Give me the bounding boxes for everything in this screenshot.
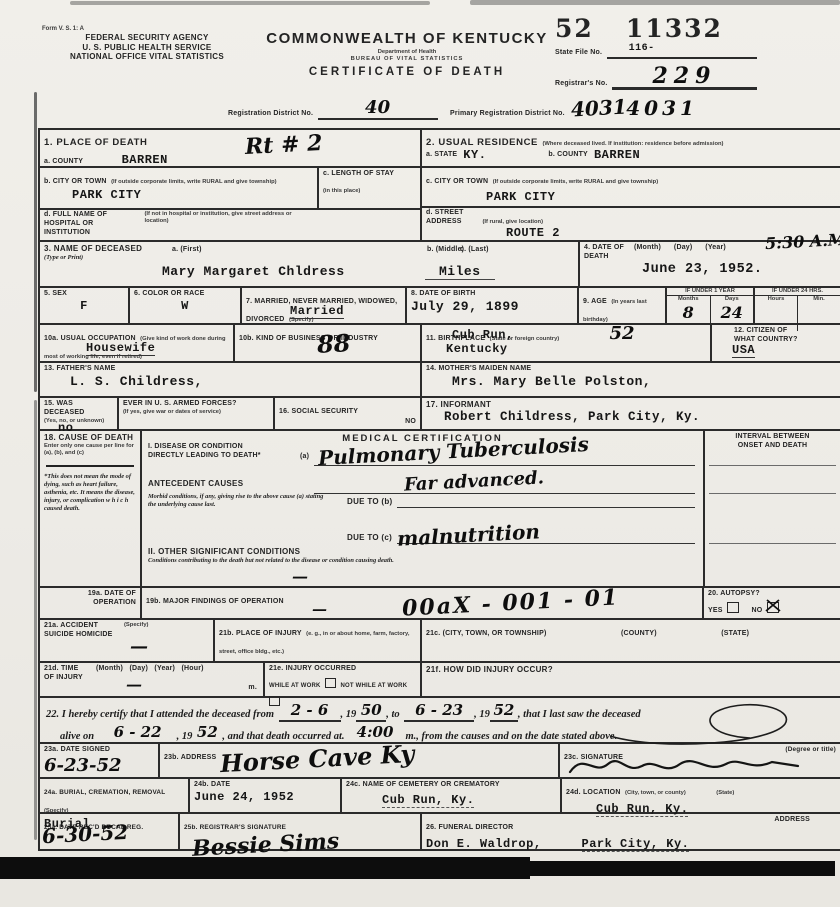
primary-district-label: Primary Registration District No. [450,110,565,117]
field-18-other-dash: — [292,567,308,586]
field-18-antecedent-label: ANTECEDENT CAUSES [148,479,328,489]
issuing-agency-block: Form V. S. 1: A FEDERAL SECURITY AGENCY … [42,26,252,62]
field-23b-label: 23b. ADDRESS [164,754,216,761]
field-8-date-of-birth: 8. DATE OF BIRTH July 29, 1899 [407,288,579,323]
field-9-hours-label: Hours [755,296,797,303]
row-occupation-birthplace: 10a. USUAL OCCUPATION (Give kind of work… [40,325,840,363]
field-18-note1: Enter only one cause per line for (a), (… [44,443,136,457]
field-21f-how-injury: 21f. HOW DID INJURY OCCUR? [422,663,840,696]
file-number-block: 52 11332 State File No. 116- Registrar's… [555,14,835,90]
field-13-value: L. S. Childress, [70,374,416,389]
field-9-under-24-hrs: IF UNDER 24 HRS. Hours Min. [755,288,840,323]
field-23c-signature: 23c. SIGNATURE (Degree or title) [560,744,840,777]
field-14-value: Mrs. Mary Belle Polston, [452,374,836,389]
field-13-father-name: 13. FATHER'S NAME L. S. Childress, [40,363,422,396]
field-18-note2: *This does not mean the mode of dying, s… [44,473,136,513]
department-line: Department of Health [252,49,562,56]
field-20-yes-label: YES [708,607,723,614]
binding-mark [34,92,37,392]
field-16-label2: NO [279,418,416,427]
field-18-c-label: DUE TO (c) [347,533,392,543]
field-24c-label: 24c. NAME OF CEMETERY OR CREMATORY [346,781,556,790]
agency-line-2: U. S. PUBLIC HEALTH SERVICE [42,43,252,53]
field-9-under-1-year: IF UNDER 1 YEAR Months 8 Days 24 [667,288,755,323]
death-certificate-scan: Form V. S. 1: A FEDERAL SECURITY AGENCY … [0,0,840,907]
interval-rule [709,543,836,544]
field-24b-value: June 24, 1952 [194,790,336,804]
field-26-address-label: ADDRESS [774,816,810,825]
field-20-autopsy: 20. AUTOPSY? YES NO [704,588,840,618]
autopsy-no-mark [764,598,782,614]
field-5-sex: 5. SEX F [40,288,130,323]
field-13-label: 13. FATHER'S NAME [44,365,416,374]
field-2ab-row: 2. USUAL RESIDENCE (Where deceased lived… [422,130,840,168]
row-forces-ssn-informant: 15. WAS DECEASED (Yes, no, or unknown) n… [40,398,840,431]
field-18-other-note: Conditions contributing to the death but… [148,557,428,565]
certificate-title: CERTIFICATE OF DEATH [252,66,562,78]
primary-district-value: 4031 [570,95,627,122]
field-18-disease-label2: DIRECTLY LEADING TO DEATH* [148,452,298,461]
field-4-time-value: 5:30 A.M [765,230,840,253]
field-24c-value: Cub Run, Ky. [382,793,474,808]
registration-district-row: Registration District No. 40 Primary Reg… [228,96,828,120]
field-19b-label: 19b. MAJOR FINDINGS OF OPERATION [146,598,284,605]
row-name-dateofdeath: 3. NAME OF DECEASED (Type or Print) a. (… [40,242,840,288]
field-5-label: 5. SEX [44,290,124,299]
agency-line-3: NATIONAL OFFICE VITAL STATISTICS [42,52,252,62]
field-1a-value: BARREN [122,153,168,167]
field-14-mother-name: 14. MOTHER'S MAIDEN NAME Mrs. Mary Belle… [422,363,840,396]
field-2c-note: (If outside corporate limits, write RURA… [493,179,658,185]
field-23a-date-signed: 23a. DATE SIGNED 6-23-52 [40,744,160,777]
row-registrar: 25a. DATE REC'D BY LOCAL REG. 6-30-52 25… [40,814,840,849]
certify-from-year: 50 [361,701,382,719]
field-18-label: 18. CAUSE OF DEATH [44,433,136,443]
field-19a-date-of-operation: 19a. DATE OF OPERATION [40,588,142,618]
field-18-antecedent-note: Morbid conditions, if any, giving rise t… [148,493,328,509]
certify-hour-value: 4:00 [357,723,394,741]
field-21c-county-label: (COUNTY) [621,630,657,637]
scan-artifact [470,0,840,5]
field-12-label: 12. CITIZEN OF WHAT COUNTRY? [734,327,804,345]
scan-artifact [70,1,430,5]
field-9-days-label: Days [711,296,754,303]
form-number: Form V. S. 1: A [42,26,252,33]
field-26-funeral-director: 26. FUNERAL DIRECTOR ADDRESS Don E. Wald… [422,814,840,849]
field-4-label: 4. DATE OF DEATH [584,244,624,262]
field-1b-note: (If outside corporate limits, write RURA… [111,179,276,185]
field-16-ssn: 16. SOCIAL SECURITY NO [275,398,422,429]
field-12-citizen: 12. CITIZEN OF WHAT COUNTRY? USA [712,325,840,361]
field-10b-label: 10b. KIND OF BUSINESS OR INDUSTRY [239,335,378,342]
certify-text-2: , 19 [341,709,357,720]
registrar-no-value: 229 [653,63,717,89]
state-file-row: State File No. 116- [555,39,835,59]
row-injury-place: 21a. ACCIDENT SUICIDE HOMICIDE (Specify)… [40,620,840,663]
field-24d-note: (City, town, or county) [625,790,686,796]
field-9-days-value: 24 [711,303,754,322]
field-2-usual-residence: 2. USUAL RESIDENCE (Where deceased lived… [422,130,840,240]
field-21d-time-of-injury: 21d. TIME OF INJURY (Month) (Day) (Year)… [40,663,265,696]
field-1b-1c-row: b. CITY OR TOWN (If outside corporate li… [40,168,420,210]
field-11-value-line2: Kentucky [446,342,508,356]
row-burial: 24a. BURIAL, CREMATION, REMOVAL (Specify… [40,779,840,814]
field-1b-value: PARK CITY [72,188,313,202]
field-3-first-middle-value: Mary Margaret Chldress [162,264,345,279]
field-9-age: 9. AGE (In years last birthday) 52 [579,288,667,323]
field-21d-label: 21d. TIME OF INJURY [44,665,88,683]
field-21e-notwhile-label: NOT WHILE AT WORK [341,683,408,689]
field-21b-place-of-injury: 21b. PLACE OF INJURY (e. g., in or about… [215,620,422,661]
field-2b-value: BARREN [594,148,640,162]
field-18-other-label: II. OTHER SIGNIFICANT CONDITIONS [148,547,428,557]
field-11-value-line1: Cub Run, [452,328,514,342]
field-19a-label: 19a. DATE OF OPERATION [44,590,136,608]
field-10a-occupation: 10a. USUAL OCCUPATION (Give kind of work… [40,325,235,361]
field-26-value: Don E. Waldrop, [426,837,542,852]
field-15-note2: (If yes, give war or dates of service) [123,409,269,416]
interval-label-line2: ONSET AND DEATH [709,442,836,451]
field-4-value: June 23, 1952. [642,262,836,277]
field-1-title: 1. PLACE OF DEATH [44,137,147,148]
certify-text-7: , 19 [177,731,193,742]
row-parents: 13. FATHER'S NAME L. S. Childress, 14. M… [40,363,840,398]
field-3a-label: a. (First) [172,246,202,255]
field-24a-label: 24a. BURIAL, CREMATION, REMOVAL [44,789,165,796]
field-12-value: USA [732,343,755,358]
field-23b-value: Horse Cave Ky [219,739,415,778]
while-at-work-checkbox [325,678,336,688]
commonwealth-title: COMMONWEALTH OF KENTUCKY [252,30,562,47]
field-18-medical-certification: MEDICAL CERTIFICATION I. DISEASE OR COND… [142,431,705,586]
field-15-label2: EVER IN U. S. ARMED FORCES? [123,400,269,409]
field-21c-state-label: (STATE) [721,630,749,637]
field-9-months-label: Months [667,296,710,303]
field-21e-injury-occurred: 21e. INJURY OCCURRED WHILE AT WORK NOT W… [265,663,422,696]
field-18-a-value: Pulmonary Tuberculosis [318,432,590,470]
field-25a-value: 6-30-52 [41,820,128,848]
field-2a-value: KY. [463,148,486,162]
field-9-months-value: 8 [667,303,710,322]
field-19b-value: 00aX - 001 - 01 [401,584,619,621]
state-file-label: State File No. [555,49,602,56]
interval-rule [709,493,836,494]
field-4-columns: (Month) (Day) (Year) [634,244,726,262]
field-24d-location: 24d. LOCATION (City, town, or county) (S… [562,779,840,812]
field-2c-value: PARK CITY [486,190,836,204]
primary-district-value: 4031 [626,96,698,120]
field-1d-label: d. FULL NAME OF HOSPITAL OR INSTITUTION [44,211,140,237]
field-1b-label: b. CITY OR TOWN [44,178,107,185]
field-3-name-of-deceased: 3. NAME OF DECEASED (Type or Print) a. (… [40,242,580,286]
registrar-no-label: Registrar's No. [555,80,608,87]
certify-from-value: 2 - 6 [291,701,329,719]
field-19b-dash: — [312,600,327,618]
certify-text-4: , 19 [474,709,490,720]
field-5-value: F [44,299,124,313]
field-18-cause-label-col: 18. CAUSE OF DEATH Enter only one cause … [40,431,142,586]
registration-district-label: Registration District No. [228,110,313,117]
field-3c-label: c. (Last) [460,246,489,255]
field-24d-state-note: (State) [716,790,734,796]
field-10b-value: 88 [316,328,351,359]
field-15-note1: (Yes, no, or unknown) [44,418,113,425]
field-10a-value: Housewife [86,341,155,356]
field-24c-cemetery: 24c. NAME OF CEMETERY OR CREMATORY Cub R… [342,779,562,812]
field-21a-label: 21a. ACCIDENT SUICIDE HOMICIDE [44,622,114,640]
field-2-title: 2. USUAL RESIDENCE [426,137,538,148]
field-17-label: 17. INFORMANT [426,400,836,410]
field-4-date-of-death: 4. DATE OF DEATH (Month) (Day) (Year) Ju… [580,242,840,286]
field-6-label: 6. COLOR OR RACE [134,290,236,299]
field-1c-length-of-stay: c. LENGTH OF STAY (in this place) [319,168,420,208]
field-21c-label: 21c. (CITY, TOWN, OR TOWNSHIP) [426,630,546,637]
scan-black-bar [510,861,835,876]
physician-signature [566,752,806,778]
field-2b-label: b. COUNTY [548,151,588,162]
field-3-subtitle: (Type or Print) [44,254,162,262]
row-cause-of-death: 18. CAUSE OF DEATH Enter only one cause … [40,431,840,588]
field-1d-institution: d. FULL NAME OF HOSPITAL OR INSTITUTION … [40,210,420,240]
field-17-value: Robert Childress, Park City, Ky. [444,410,836,424]
field-6-color-race: 6. COLOR OR RACE W [130,288,242,323]
scan-black-bar [0,857,530,879]
field-23a-label: 23a. DATE SIGNED [44,746,154,755]
field-23a-value: 6-23-52 [44,755,154,776]
field-3b-label: b. (Middle) [427,246,464,255]
field-21a-value: — [130,636,160,657]
field-25b-registrar-signature: 25b. REGISTRAR'S SIGNATURE Bessie Sims [180,814,422,849]
field-7-marital-status: 7. MARRIED, NEVER MARRIED, WIDOWED, DIVO… [242,288,407,323]
field-21e-label: 21e. INJURY OCCURRED [269,665,416,674]
field-26-label: 26. FUNERAL DIRECTOR [426,824,513,831]
row-personal-stats: 5. SEX F 6. COLOR OR RACE W 7. MARRIED, … [40,288,840,325]
field-24b-date: 24b. DATE June 24, 1952 [190,779,342,812]
field-25a-date-received: 25a. DATE REC'D BY LOCAL REG. 6-30-52 [40,814,180,849]
field-10b-industry: 10b. KIND OF BUSINESS OR INDUSTRY 88 [235,325,422,361]
field-15-armed-forces-left: 15. WAS DECEASED (Yes, no, or unknown) n… [40,398,119,429]
field-21e-while-label: WHILE AT WORK [269,683,321,689]
field-8-label: 8. DATE OF BIRTH [411,290,573,299]
field-1c-label: c. LENGTH OF STAY [323,170,416,179]
row-signed: 23a. DATE SIGNED 6-23-52 23b. ADDRESS Ho… [40,744,840,779]
field-18-a-label: (a) [300,453,309,462]
certify-text-3: , to [386,709,399,720]
field-26-address-value: Park City, Ky. [582,837,690,852]
field-9-under24-label: IF UNDER 24 HRS. [755,288,840,296]
field-1d-value: Rt # 2 [244,130,323,160]
certify-to-year: 52 [493,701,514,719]
field-9-min-label: Min. [798,296,840,303]
autopsy-no-checkbox [767,602,779,613]
field-2d-note: (If rural, give location) [482,219,543,225]
field-21d-m-label: m. [248,684,257,693]
bureau-line: BUREAU OF VITAL STATISTICS [252,56,562,63]
field-24a-burial: 24a. BURIAL, CREMATION, REMOVAL (Specify… [40,779,190,812]
pen-flourish [600,696,810,748]
field-24d-label: 24d. LOCATION [566,789,621,796]
field-21b-label: 21b. PLACE OF INJURY [219,630,302,637]
certify-text-9: m., from the causes and on the date stat… [405,731,617,742]
field-19b-major-findings: 19b. MAJOR FINDINGS OF OPERATION — 00aX … [142,588,704,618]
field-3-title: 3. NAME OF DECEASED [44,244,162,254]
field-1a-county: 1. PLACE OF DEATH a. COUNTY BARREN [40,130,420,168]
field-24b-label: 24b. DATE [194,781,336,790]
field-14-label: 14. MOTHER'S MAIDEN NAME [426,365,836,374]
agency-line-1: FEDERAL SECURITY AGENCY [42,33,252,43]
field-18-b-label: DUE TO (b) [347,497,393,507]
row-certify-statement: 22. I hereby certify that I attended the… [40,698,840,744]
field-1d-note: (If not in hospital or institution, give… [144,211,314,225]
state-file-value: 116- [629,43,655,54]
binding-mark [34,400,37,840]
certify-alive-year: 52 [197,723,218,741]
interval-label-line1: INTERVAL BETWEEN [709,433,836,442]
field-9-label: 9. AGE [583,298,607,305]
field-9-under1-label: IF UNDER 1 YEAR [667,288,753,296]
field-1-place-of-death: 1. PLACE OF DEATH a. COUNTY BARREN b. CI… [40,130,422,240]
certify-to-value: 6 - 23 [415,701,463,719]
row-place-residence: 1. PLACE OF DEATH a. COUNTY BARREN b. CI… [40,130,840,242]
row-operation-autopsy: 19a. DATE OF OPERATION 19b. MAJOR FINDIN… [40,588,840,620]
field-2d-label: d. STREET ADDRESS [426,209,478,227]
field-7-value: Married [290,304,344,319]
field-3c-value: Miles [425,264,495,280]
field-21c-location: 21c. (CITY, TOWN, OR TOWNSHIP) (COUNTY) … [422,620,840,661]
field-17-informant: 17. INFORMANT Robert Childress, Park Cit… [422,398,840,429]
registration-district-value: 40 [365,97,390,118]
field-1b-city: b. CITY OR TOWN (If outside corporate li… [40,168,319,208]
field-25b-label: 25b. REGISTRAR'S SIGNATURE [184,824,286,831]
title-block: COMMONWEALTH OF KENTUCKY Department of H… [252,30,562,78]
field-20-no-label: NO [752,607,763,614]
field-23b-address: 23b. ADDRESS Horse Cave Ky [160,744,560,777]
field-2c-label: c. CITY OR TOWN [426,178,488,185]
certify-alive-value: 6 - 22 [114,723,162,741]
field-1c-note: (in this place) [323,188,360,194]
field-15-label1: 15. WAS DECEASED [44,400,113,418]
field-2-note: (Where deceased lived. If institution: r… [542,141,723,147]
field-2c-city: c. CITY OR TOWN (If outside corporate li… [422,168,840,208]
field-1a-label: a. COUNTY [44,158,83,165]
field-15-armed-forces-right: EVER IN U. S. ARMED FORCES? (If yes, giv… [119,398,275,429]
field-11-birthplace: 11. BIRTHPLACE (State or foreign country… [422,325,712,361]
certificate-form: 1. PLACE OF DEATH a. COUNTY BARREN b. CI… [38,128,840,851]
field-2a-label: a. STATE [426,151,457,162]
certify-text-8: , and that death occurred at. [222,731,344,742]
field-6-value: W [134,299,236,313]
field-21a-accident: 21a. ACCIDENT SUICIDE HOMICIDE (Specify)… [40,620,215,661]
field-18-c-value: malnutrition [396,519,540,550]
field-21d-value: — [126,675,156,694]
registrar-no-row: Registrar's No. 229 [555,61,835,90]
field-16-label: 16. SOCIAL SECURITY [279,408,358,415]
field-18-disease-label1: I. DISEASE OR CONDITION [148,443,298,452]
field-21f-label: 21f. HOW DID INJURY OCCUR? [426,665,836,675]
field-8-value: July 29, 1899 [411,299,573,314]
certify-text-1: 22. I hereby certify that I attended the… [46,709,274,720]
field-18-interval-col: INTERVAL BETWEEN ONSET AND DEATH [705,431,840,586]
autopsy-yes-checkbox [727,602,739,613]
interval-rule [709,465,836,466]
row-injury-time: 21d. TIME OF INJURY (Month) (Day) (Year)… [40,663,840,698]
certify-text-6: alive on [60,731,94,742]
